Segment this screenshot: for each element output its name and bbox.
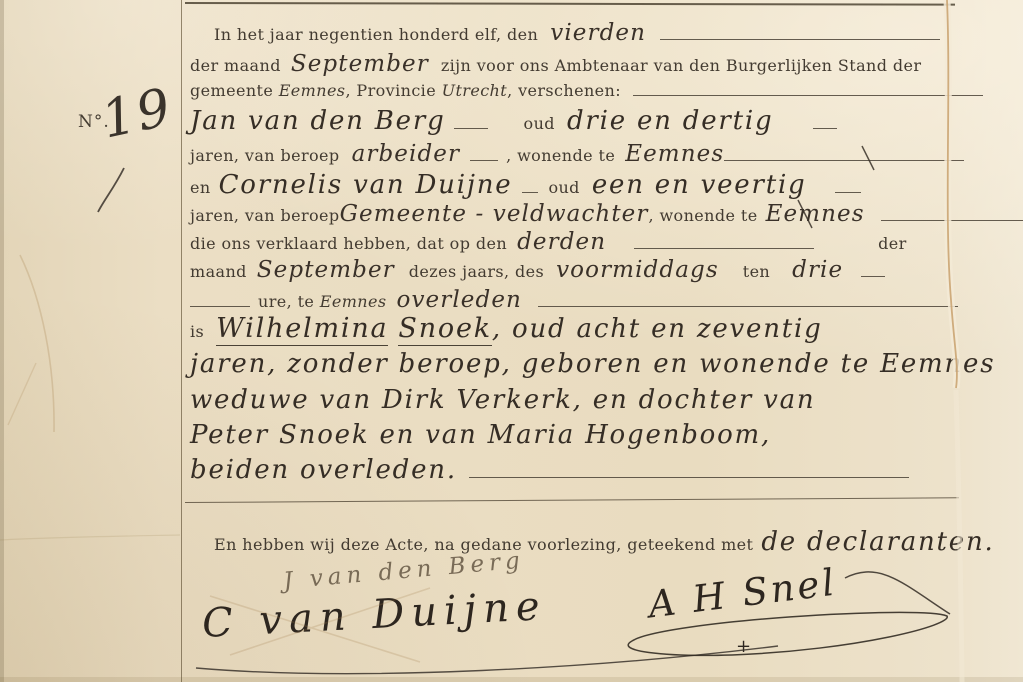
- handwritten-text: Gemeente - veldwachter: [340, 201, 649, 227]
- handwritten-text: September: [291, 51, 429, 77]
- printed-text: ure, te: [258, 292, 320, 311]
- gap: [865, 219, 881, 221]
- handwritten-name-underlined: Wilhelmina: [216, 313, 388, 346]
- act-line-15: beiden overleden.: [190, 455, 909, 485]
- gap: [340, 159, 352, 161]
- fill-rule: [633, 92, 983, 96]
- handwritten-text: derden: [517, 229, 606, 255]
- gap: [555, 127, 567, 129]
- gap: [580, 191, 592, 193]
- handwritten-text: vierden: [550, 20, 646, 46]
- act-line-10: ure, te Eemnesoverleden: [190, 287, 958, 313]
- gap: [814, 247, 878, 249]
- handwritten-text: Eemnes: [766, 201, 865, 227]
- death-record-scan: N°. 19 In het jaar negentien honderd elf…: [0, 0, 1023, 682]
- gap: [247, 275, 257, 277]
- gap: [773, 127, 813, 129]
- fill-rule: [660, 36, 940, 40]
- margin-vertical-rule: [181, 0, 182, 682]
- printed-text: gemeente: [190, 81, 279, 100]
- handwritten-text-large: Jan van den Berg: [190, 106, 446, 136]
- fill-rule: [881, 217, 1023, 221]
- gap: [395, 275, 409, 277]
- fill-dash: [470, 157, 498, 161]
- gap: [388, 335, 398, 337]
- gap: [843, 275, 861, 277]
- gap: [606, 247, 634, 249]
- fill-dash: [861, 273, 885, 277]
- printed-text: , verschenen:: [507, 81, 621, 100]
- printed-text: jaren, van beroep: [190, 206, 340, 225]
- handwritten-text: overleden: [397, 287, 522, 313]
- paper-scratch-mark: [0, 535, 180, 540]
- gap: [507, 247, 517, 249]
- handwritten-text: voormiddags: [556, 257, 719, 283]
- handwritten-name-underlined: Snoek: [398, 313, 491, 346]
- page-edge-shadow: [0, 0, 4, 682]
- signature-cross-mark: +: [736, 636, 751, 657]
- printed-text: is: [190, 322, 204, 341]
- printed-text: , wonende te: [648, 206, 757, 225]
- fill-dash: [813, 125, 837, 129]
- printed-text: ten: [743, 262, 770, 281]
- gap: [512, 191, 522, 193]
- gap: [770, 275, 792, 277]
- handwritten-text: Eemnes: [625, 141, 724, 167]
- act-line-2: der maandSeptemberzijn voor ons Ambtenaa…: [190, 51, 921, 77]
- handwritten-text-large: , oud acht en zeventig: [492, 314, 823, 344]
- handwritten-text: drie: [792, 257, 843, 283]
- printed-text: maand: [190, 262, 247, 281]
- handwritten-text-large: een en veertig: [592, 170, 807, 200]
- handwritten-text-large: weduwe van Dirk Verkerk, en dochter van: [190, 385, 815, 415]
- act-line-1: In het jaar negentien honderd elf, denvi…: [190, 20, 940, 46]
- act-line-12: jaren, zonder beroep, geboren en wonende…: [190, 349, 995, 379]
- gap: [538, 38, 550, 40]
- act-number-tail-stroke: [98, 168, 124, 212]
- printed-text: In het jaar negentien honderd elf, den: [214, 25, 538, 44]
- fill-rule: [469, 474, 909, 478]
- handwritten-text: arbeider: [352, 141, 461, 167]
- handwritten-text-large: Peter Snoek en van Maria Hogenboom,: [190, 420, 771, 450]
- handwritten-text: September: [257, 257, 395, 283]
- crease-highlight: [947, 0, 957, 388]
- handwritten-text-large: Cornelis van Duijne: [219, 170, 513, 200]
- gap: [387, 305, 397, 307]
- gap: [538, 191, 548, 193]
- act-line-9: maandSeptemberdezes jaars, desvoormiddag…: [190, 257, 885, 283]
- gap: [621, 94, 633, 96]
- printed-text: , Provincie: [345, 81, 441, 100]
- act-line-16: En hebben wij deze Acte, na gedane voorl…: [190, 527, 995, 557]
- gap: [460, 159, 470, 161]
- printed-text: der maand: [190, 56, 281, 75]
- fill-rule: [190, 303, 250, 307]
- printed-italic-text: Eemnes: [279, 81, 346, 100]
- gap: [646, 38, 660, 40]
- gap: [522, 305, 538, 307]
- fill-dash: [522, 189, 538, 193]
- bleed-through-mark: [8, 363, 36, 425]
- gap: [807, 191, 835, 193]
- gap: [446, 127, 454, 129]
- fill-dash: [835, 189, 861, 193]
- handwritten-text-large: de declaranten.: [761, 527, 994, 557]
- handwritten-text-large: jaren, zonder beroep, geboren en wonende…: [190, 349, 995, 379]
- act-line-4: Jan van den Bergouddrie en dertig: [190, 106, 837, 136]
- printed-text: oud: [524, 114, 555, 133]
- gap: [211, 191, 219, 193]
- fill-rule: [724, 157, 964, 161]
- gap: [488, 127, 524, 129]
- fill-dash: [454, 125, 488, 129]
- printed-text: dezes jaars, des: [409, 262, 544, 281]
- gap: [190, 38, 214, 40]
- gap: [250, 305, 258, 307]
- gap: [498, 159, 506, 161]
- printed-text: der: [878, 234, 907, 253]
- act-line-14: Peter Snoek en van Maria Hogenboom,: [190, 420, 771, 450]
- gap: [190, 548, 214, 550]
- handwritten-text-large: beiden overleden.: [190, 455, 457, 485]
- handwritten-text-large: drie en dertig: [567, 106, 774, 136]
- gap: [758, 219, 766, 221]
- act-line-5: jaren, van beroeparbeider, wonende teEem…: [190, 141, 964, 167]
- fill-rule: [538, 303, 958, 307]
- act-number-value: 19: [97, 77, 178, 150]
- printed-text: jaren, van beroep: [190, 146, 340, 165]
- gap: [281, 69, 291, 71]
- act-line-13: weduwe van Dirk Verkerk, en dochter van: [190, 385, 815, 415]
- act-line-8: die ons verklaard hebben, dat op denderd…: [190, 229, 907, 255]
- crease-line: [947, 0, 957, 388]
- gap: [544, 275, 556, 277]
- printed-text: zijn voor ons Ambtenaar van den Burgerli…: [441, 56, 922, 75]
- gap: [429, 69, 441, 71]
- gap: [719, 275, 743, 277]
- gap: [615, 159, 625, 161]
- fill-rule: [634, 245, 814, 249]
- act-line-7: jaren, van beroepGemeente - veldwachter,…: [190, 201, 1023, 227]
- printed-text: die ons verklaard hebben, dat op den: [190, 234, 507, 253]
- act-line-11: isWilhelminaSnoek, oud acht en zeventig: [190, 313, 823, 344]
- printed-text: , wonende te: [506, 146, 615, 165]
- printed-italic-text: Utrecht: [442, 81, 508, 100]
- printed-italic-text: Eemnes: [320, 292, 387, 311]
- printed-text: en: [190, 178, 211, 197]
- gap: [457, 476, 469, 478]
- act-line-3: gemeente Eemnes, Provincie Utrecht, vers…: [190, 81, 983, 100]
- act-line-6: enCornelis van Duijneoudeen en veertig: [190, 170, 861, 200]
- gap: [204, 335, 216, 337]
- bleed-through-mark: [20, 255, 54, 432]
- printed-text: oud: [548, 178, 579, 197]
